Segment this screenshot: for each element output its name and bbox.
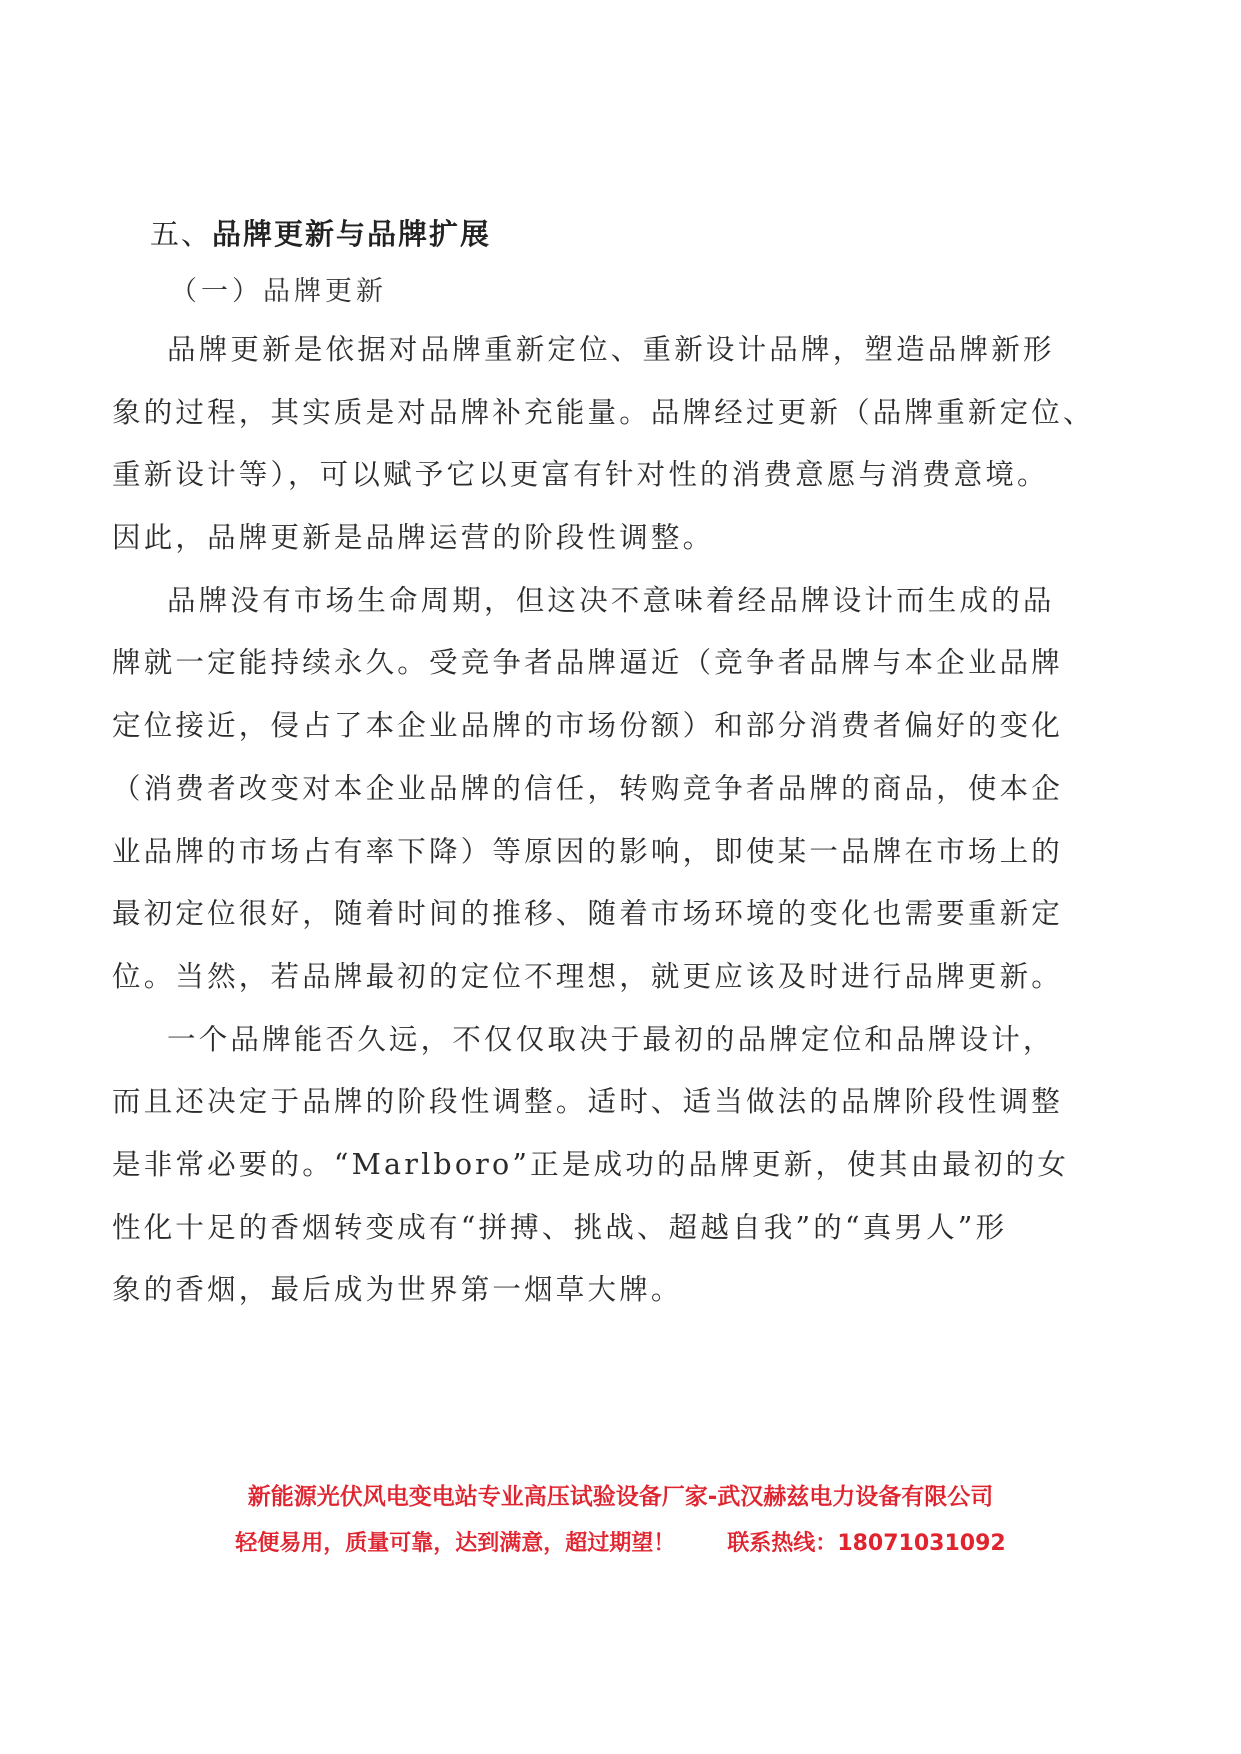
paragraph-2-line: 牌就一定能持续永久。受竞争者品牌逼近（竞争者品牌与本企业品牌 xyxy=(112,643,1032,706)
footer-hotline: 联系热线：18071031092 xyxy=(727,1526,1005,1557)
paragraph-2-line: 位。当然，若品牌最初的定位不理想，就更应该及时进行品牌更新。 xyxy=(112,957,1032,1020)
paragraph-1-line: 因此，品牌更新是品牌运营的阶段性调整。 xyxy=(112,518,1032,581)
section-number: 五、 xyxy=(150,217,212,251)
paragraph-2-line: （消费者改变对本企业品牌的信任，转购竞争者品牌的商品，使本企 xyxy=(112,769,1032,832)
paragraph-3-line: 象的香烟，最后成为世界第一烟草大牌。 xyxy=(112,1270,1032,1333)
footer-slogan: 轻便易用，质量可靠，达到满意，超过期望！ xyxy=(235,1526,675,1557)
footer-contact-line: 轻便易用，质量可靠，达到满意，超过期望！联系热线：18071031092 xyxy=(0,1526,1241,1557)
paragraph-2-line: 业品牌的市场占有率下降）等原因的影响，即使某一品牌在市场上的 xyxy=(112,832,1032,895)
paragraph-2-line: 定位接近，侵占了本企业品牌的市场份额）和部分消费者偏好的变化 xyxy=(112,706,1032,769)
hotline-label: 联系热线： xyxy=(727,1531,837,1556)
paragraph-3-line: 是非常必要的。“Marlboro”正是成功的品牌更新，使其由最初的女 xyxy=(112,1145,1032,1208)
paragraph-1-line: 品牌更新是依据对品牌重新定位、重新设计品牌，塑造品牌新形 xyxy=(112,330,1032,393)
paragraph-1-line: 象的过程，其实质是对品牌补充能量。品牌经过更新（品牌重新定位、 xyxy=(112,393,1032,456)
footer-company-line: 新能源光伏风电变电站专业高压试验设备厂家-武汉赫兹电力设备有限公司 xyxy=(0,1478,1241,1511)
section-title: 品牌更新与品牌扩展 xyxy=(212,217,491,251)
document-page: 五、品牌更新与品牌扩展 （一）品牌更新 品牌更新是依据对品牌重新定位、重新设计品… xyxy=(0,0,1241,1754)
paragraph-1-line: 重新设计等），可以赋予它以更富有针对性的消费意愿与消费意境。 xyxy=(112,455,1032,518)
paragraph-3-line: 性化十足的香烟转变成有“拼搏、挑战、超越自我”的“真男人”形 xyxy=(112,1208,1032,1271)
body-text: 品牌更新是依据对品牌重新定位、重新设计品牌，塑造品牌新形 象的过程，其实质是对品… xyxy=(112,330,1032,1333)
paragraph-2-line: 品牌没有市场生命周期，但这决不意味着经品牌设计而生成的品 xyxy=(112,581,1032,644)
section-heading: 五、品牌更新与品牌扩展 xyxy=(150,212,491,253)
paragraph-3-line: 一个品牌能否久远，不仅仅取决于最初的品牌定位和品牌设计， xyxy=(112,1020,1032,1083)
hotline-number: 18071031092 xyxy=(837,1531,1005,1556)
subsection-heading: （一）品牌更新 xyxy=(170,269,387,308)
paragraph-3-line: 而且还决定于品牌的阶段性调整。适时、适当做法的品牌阶段性调整 xyxy=(112,1082,1032,1145)
paragraph-2-line: 最初定位很好，随着时间的推移、随着市场环境的变化也需要重新定 xyxy=(112,894,1032,957)
